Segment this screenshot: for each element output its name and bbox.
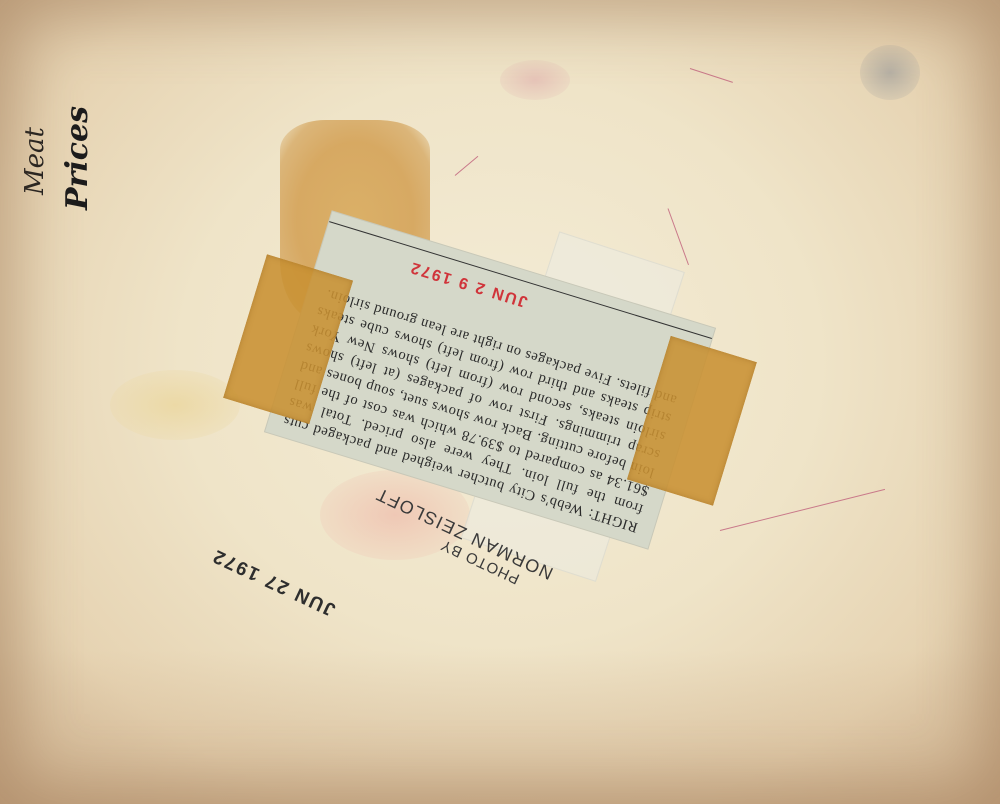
red-scratch <box>720 489 885 531</box>
handwriting-line-2: Prices <box>60 106 95 210</box>
yellow-stain <box>110 370 240 440</box>
date-stamp: JUN 27 1972 <box>209 543 340 620</box>
red-scratch <box>668 208 689 265</box>
pink-smudge <box>500 60 570 100</box>
discoloration-band <box>0 650 1000 804</box>
red-scratch <box>690 68 733 83</box>
photo-back: Meat Prices RIGHT: Webb's City butcher w… <box>0 0 1000 804</box>
fingerprint-smudge <box>860 45 920 100</box>
red-scratch <box>455 156 479 176</box>
handwriting-line-1: Meat <box>20 127 50 195</box>
